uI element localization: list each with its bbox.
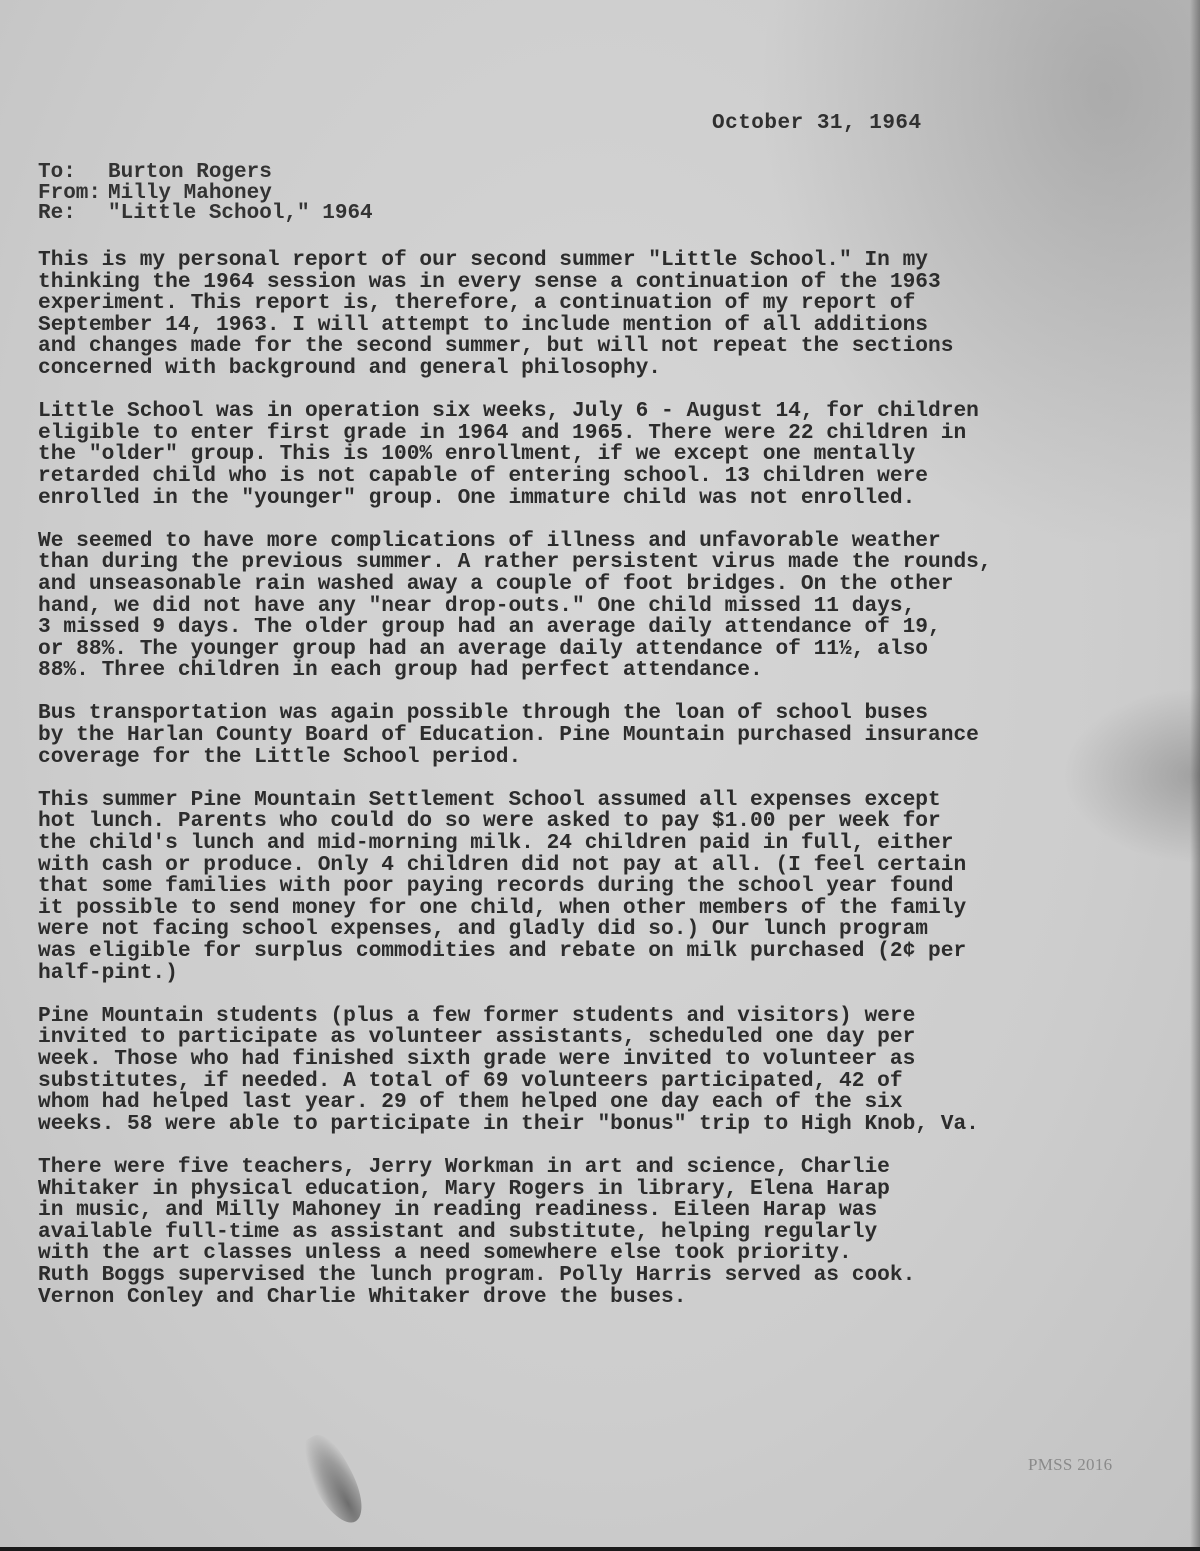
ink-stain-mark [293,1428,373,1531]
memo-re-row: Re:"Little School," 1964 [38,204,373,225]
paragraph-expenses: This summer Pine Mountain Settlement Sch… [38,790,1118,984]
memo-header: To:Burton Rogers From:Milly Mahoney Re:"… [38,163,373,225]
paragraph-enrollment: Little School was in operation six weeks… [38,401,1118,509]
archive-watermark: PMSS 2016 [1028,1455,1112,1475]
paragraph-attendance: We seemed to have more complications of … [38,531,1118,682]
memo-re-value: "Little School," 1964 [108,202,373,225]
memo-body: This is my personal report of our second… [38,250,1118,1308]
memo-date: October 31, 1964 [712,112,922,135]
memo-to-row: To:Burton Rogers [38,163,373,184]
paragraph-introduction: This is my personal report of our second… [38,250,1118,380]
paragraph-volunteers: Pine Mountain students (plus a few forme… [38,1006,1118,1136]
memo-to-label: To: [38,163,108,184]
paragraph-staff: There were five teachers, Jerry Workman … [38,1157,1118,1308]
page-edge-shadow [1190,0,1200,1551]
memo-re-label: Re: [38,204,108,225]
memo-from-label: From: [38,184,108,205]
memo-from-row: From:Milly Mahoney [38,184,373,205]
typewritten-memo-page: October 31, 1964 To:Burton Rogers From:M… [0,0,1200,1551]
paragraph-transportation: Bus transportation was again possible th… [38,703,1118,768]
